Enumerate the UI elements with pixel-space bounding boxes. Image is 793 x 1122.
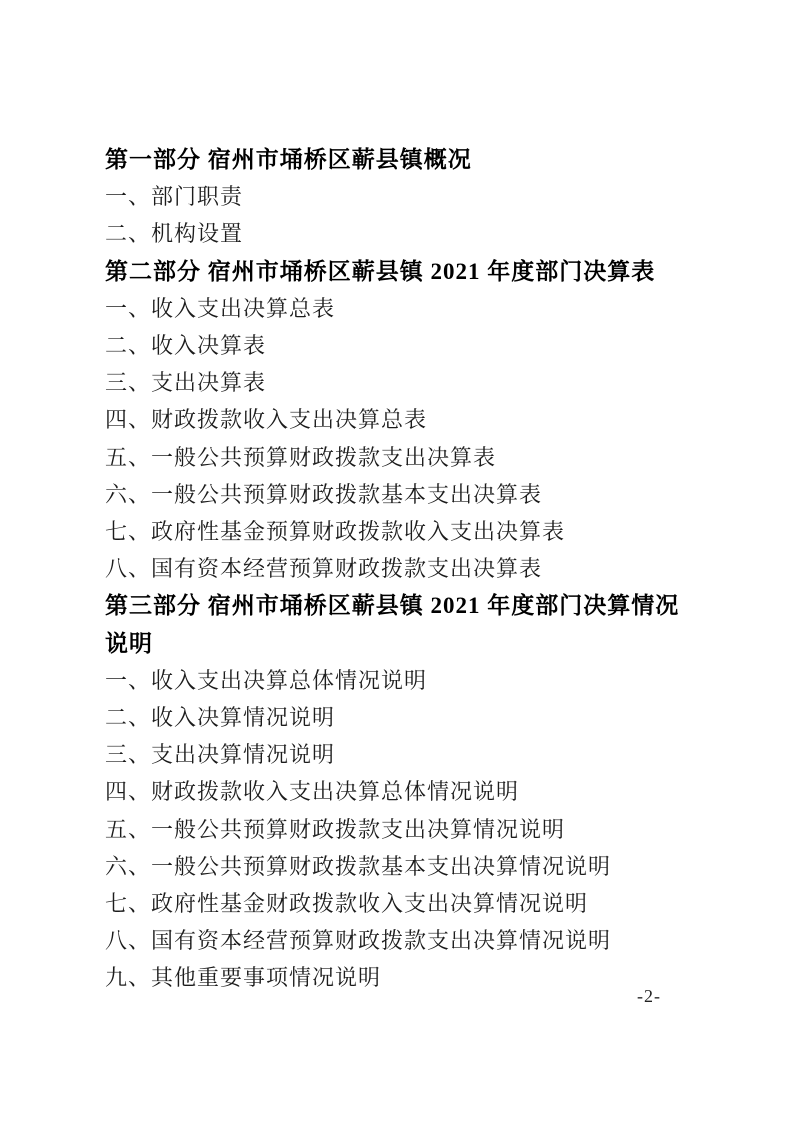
toc-entry: 五、一般公共预算财政拨款支出决算情况说明 xyxy=(105,811,693,848)
toc-entry: 二、收入决算情况说明 xyxy=(105,699,693,736)
toc-entry: 三、支出决算表 xyxy=(105,364,693,401)
toc-entry: 二、收入决算表 xyxy=(105,327,693,364)
toc-entry: 四、财政拨款收入支出决算总表 xyxy=(105,401,693,438)
section-2-title: 第二部分 宿州市埇桥区蕲县镇 2021 年度部门决算表 xyxy=(105,253,693,290)
toc-entry: 六、一般公共预算财政拨款基本支出决算情况说明 xyxy=(105,848,693,885)
toc-entry: 四、财政拨款收入支出决算总体情况说明 xyxy=(105,773,693,810)
toc-entry: 九、其他重要事项情况说明 xyxy=(105,959,693,996)
toc-entry: 七、政府性基金财政拨款收入支出决算情况说明 xyxy=(105,885,693,922)
toc-entry: 二、机构设置 xyxy=(105,215,693,252)
toc-entry: 一、部门职责 xyxy=(105,178,693,215)
toc-entry: 一、收入支出决算总表 xyxy=(105,290,693,327)
table-of-contents: 第一部分 宿州市埇桥区蕲县镇概况 一、部门职责 二、机构设置 第二部分 宿州市埇… xyxy=(105,141,693,997)
document-page: 第一部分 宿州市埇桥区蕲县镇概况 一、部门职责 二、机构设置 第二部分 宿州市埇… xyxy=(0,0,793,1122)
page-number: -2- xyxy=(637,986,661,1007)
section-1-title: 第一部分 宿州市埇桥区蕲县镇概况 xyxy=(105,141,693,178)
toc-entry: 八、国有资本经营预算财政拨款支出决算情况说明 xyxy=(105,922,693,959)
toc-entry: 三、支出决算情况说明 xyxy=(105,736,693,773)
toc-entry: 五、一般公共预算财政拨款支出决算表 xyxy=(105,439,693,476)
toc-entry: 六、一般公共预算财政拨款基本支出决算表 xyxy=(105,476,693,513)
toc-entry: 八、国有资本经营预算财政拨款支出决算表 xyxy=(105,550,693,587)
section-3-title: 第三部分 宿州市埇桥区蕲县镇 2021 年度部门决算情况说明 xyxy=(105,587,693,661)
toc-entry: 一、收入支出决算总体情况说明 xyxy=(105,662,693,699)
toc-entry: 七、政府性基金预算财政拨款收入支出决算表 xyxy=(105,513,693,550)
